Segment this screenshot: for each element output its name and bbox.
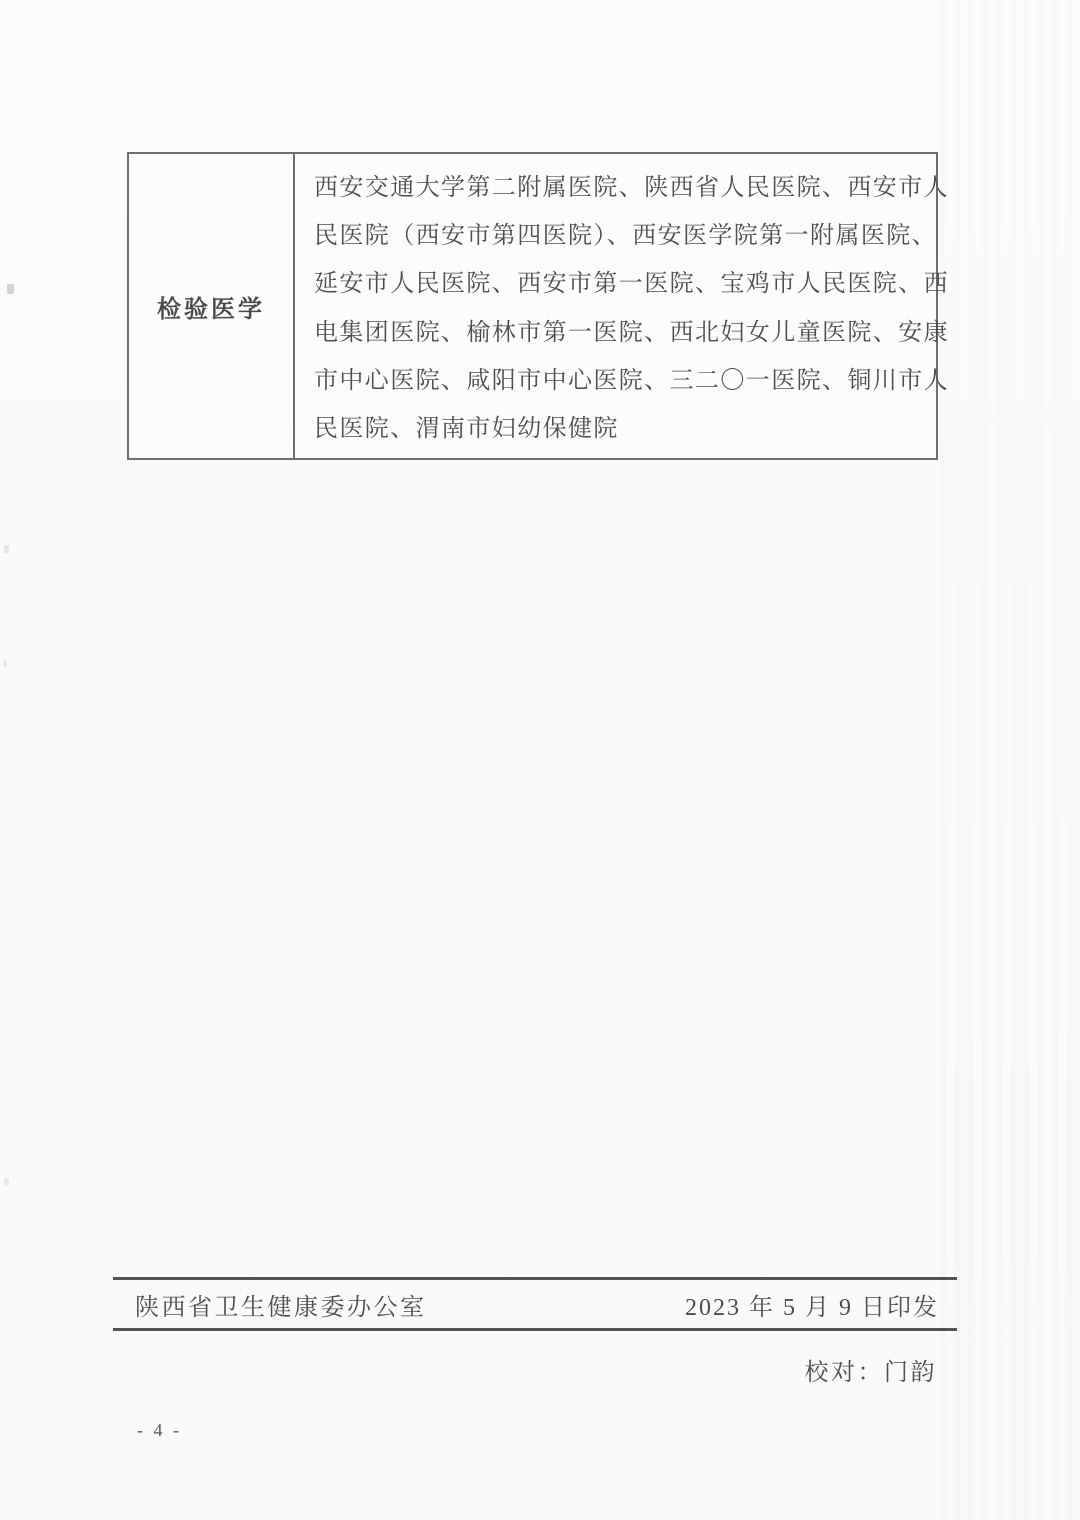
hospital-table: 检验医学 西安交通大学第二附属医院、陕西省人民医院、西安市人 民医院（西安市第四…	[127, 152, 938, 460]
scan-artifact	[3, 660, 7, 667]
footer-row: 陕西省卫生健康委办公室 2023 年 5 月 9 日印发	[113, 1283, 957, 1325]
hospital-line: 延安市人民医院、西安市第一医院、宝鸡市人民医院、西	[314, 260, 949, 308]
category-cell: 检验医学	[129, 154, 295, 458]
scan-artifact	[7, 284, 14, 294]
hospital-line: 市中心医院、咸阳市中心医院、三二〇一医院、铜川市人	[314, 357, 949, 405]
footer-rule-bottom	[113, 1328, 957, 1331]
document-page: 检验医学 西安交通大学第二附属医院、陕西省人民医院、西安市人 民医院（西安市第四…	[0, 0, 1080, 1520]
scan-artifact	[4, 1178, 9, 1186]
issue-date-text: 2023 年 5 月 9 日印发	[685, 1287, 939, 1322]
proofread-line: 校对：门韵	[805, 1352, 938, 1387]
page-number: - 4 -	[137, 1420, 182, 1441]
hospital-line: 民医院、渭南市妇幼保健院	[314, 405, 949, 453]
scan-artifact	[4, 545, 9, 553]
issuer-text: 陕西省卫生健康委办公室	[135, 1287, 427, 1322]
category-label: 检验医学	[157, 289, 265, 324]
hospital-list-cell: 西安交通大学第二附属医院、陕西省人民医院、西安市人 民医院（西安市第四医院）、西…	[295, 154, 957, 458]
hospital-line: 民医院（西安市第四医院）、西安医学院第一附属医院、	[314, 212, 949, 260]
hospital-line: 电集团医院、榆林市第一医院、西北妇女儿童医院、安康	[314, 309, 949, 357]
footer-rule-top	[113, 1277, 957, 1280]
hospital-line: 西安交通大学第二附属医院、陕西省人民医院、西安市人	[314, 164, 949, 212]
